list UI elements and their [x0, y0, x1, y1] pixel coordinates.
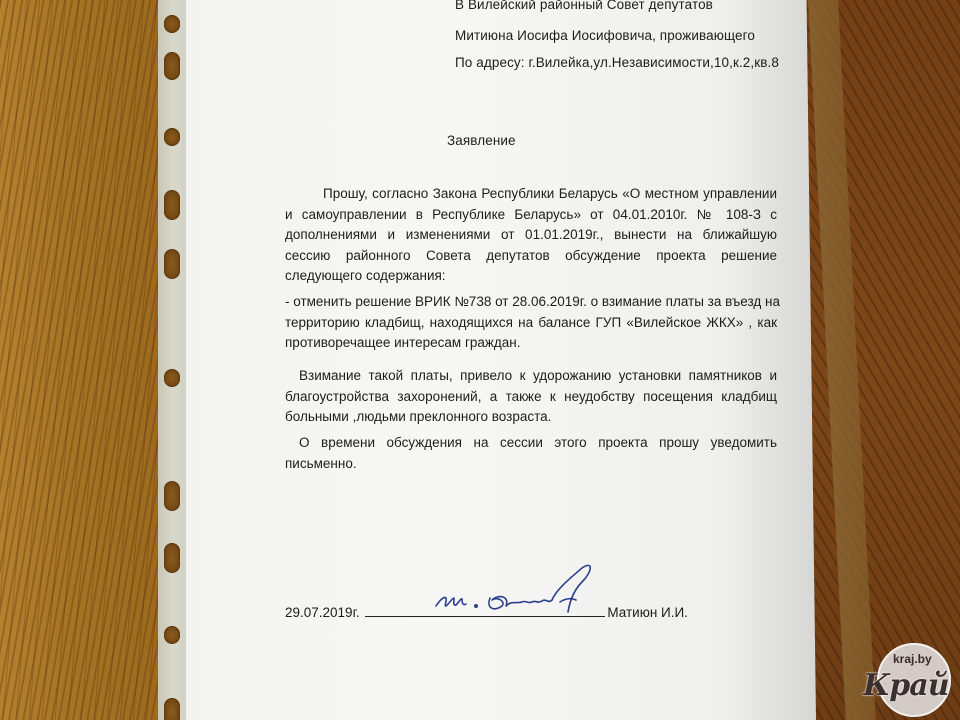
header-addressee: В Вилейский районный Совет депутатов [455, 0, 713, 12]
header-from: Митиюна Иосифа Иосифовича, проживающего [455, 28, 755, 43]
document-title: Заявление [447, 133, 516, 148]
paragraph-line: Взимание такой платы, привело к удорожан… [285, 366, 777, 387]
paragraph-line: - отменить решение ВРИК №738 от 28.06.20… [285, 292, 777, 313]
watermark-logo: kraj.by Край [855, 640, 955, 718]
logo-domain: kraj.by [893, 652, 932, 666]
punch-hole [164, 481, 180, 511]
punch-hole [164, 15, 180, 33]
paragraph-request: Прошу, согласно Закона Республики Белару… [285, 184, 777, 287]
paragraph-line: Прошу, согласно Закона Республики Белару… [285, 184, 777, 205]
signature-line [365, 604, 605, 617]
punch-hole [164, 190, 180, 220]
logo-brand: Край [863, 668, 949, 703]
paragraph-line: противоречащее интересам граждан. [285, 333, 777, 354]
paragraph-consequences: Взимание такой платы, привело к удорожан… [285, 366, 777, 428]
punch-hole [164, 128, 180, 146]
wooden-table-left [0, 0, 160, 720]
punch-hole [164, 626, 180, 644]
signatory-name: Матиюн И.И. [607, 605, 688, 620]
signature-row: 29.07.2019г. Матиюн И.И. [285, 604, 688, 620]
punch-hole [164, 369, 180, 387]
punch-hole [164, 698, 180, 720]
paragraph-line: больными ,людьми преклонного возраста. [285, 407, 777, 428]
paragraph-line: следующего содержания: [285, 266, 777, 287]
paragraph-notify: О времени обсуждения на сессии этого про… [285, 433, 777, 474]
punch-hole [164, 249, 180, 279]
paragraph-line: и самоуправлении в Республике Беларусь» … [285, 205, 777, 226]
header-address: По адресу: г.Вилейка,ул.Независимости,10… [455, 55, 779, 70]
paragraph-line: письменно. [285, 454, 777, 475]
paragraph-line: дополнениями и изменениями от 01.01.2019… [285, 225, 777, 246]
paragraph-line: благоустройства захоронений, а также к н… [285, 387, 777, 408]
paragraph-line: О времени обсуждения на сессии этого про… [285, 433, 777, 454]
punch-hole [164, 543, 180, 573]
plastic-sleeve-punched-edge [158, 0, 189, 720]
paragraph-cancel-decision: - отменить решение ВРИК №738 от 28.06.20… [285, 292, 777, 354]
punch-hole [164, 52, 180, 80]
paragraph-line: сессию районного Совета депутатов обсужд… [285, 246, 777, 267]
paragraph-line: территорию кладбищ, находящихся на балан… [285, 313, 777, 334]
signature-date: 29.07.2019г. [285, 605, 360, 620]
